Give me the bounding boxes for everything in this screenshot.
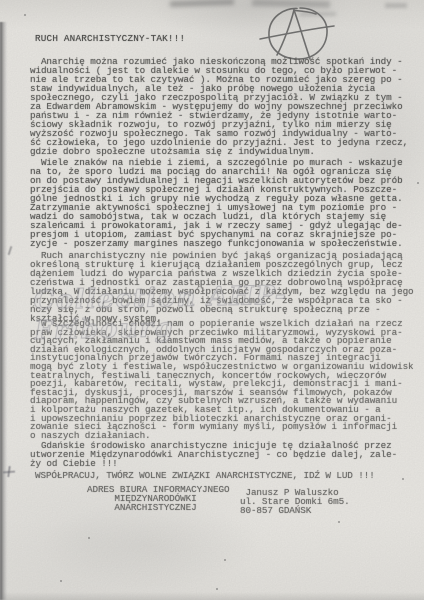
paragraph: Wiele znaków na niebie i ziemi, a szczeg… bbox=[30, 158, 418, 248]
scan-speck bbox=[224, 559, 226, 561]
paragraph: W szczególności chodzi nam o popieranie … bbox=[30, 320, 418, 440]
scan-bottom-edge-shade bbox=[0, 592, 424, 600]
scan-speck bbox=[88, 537, 90, 539]
scan-speck bbox=[24, 14, 26, 16]
anarchy-circle-a-icon bbox=[258, 4, 336, 64]
pencil-mark bbox=[8, 246, 12, 255]
address-office-block: ADRES BIURA INFORMACYJNEGO MIĘDZYNARODÓW… bbox=[87, 485, 229, 512]
scan-speck bbox=[216, 588, 218, 590]
paragraph: Ruch anarchistyczny nie powinien być jak… bbox=[30, 251, 418, 323]
page-title: RUCH ANARCHISTYCZNY-TAK!!! bbox=[35, 34, 185, 43]
scan-smudge bbox=[385, 3, 407, 8]
scanned-leaflet-page: RUCH ANARCHISTYCZNY-TAK!!! Anarchię możn… bbox=[0, 0, 424, 600]
slogan-line: WSPÓŁPRACUJ, TWÓRZ WOLNE ZWIĄZKI ANARCHI… bbox=[35, 471, 375, 480]
scan-stain bbox=[40, 500, 260, 590]
scan-smudge bbox=[170, 0, 234, 7]
scan-speck bbox=[338, 521, 340, 523]
address-contact-block: Janusz P Waluszko ul. Stare Domki 6m5. 8… bbox=[240, 488, 350, 515]
pencil-mark bbox=[7, 466, 10, 477]
paragraph: Gdańskie środowisko anarchistyczne inicj… bbox=[30, 441, 418, 468]
scan-speck bbox=[402, 478, 404, 480]
scan-speck bbox=[60, 580, 62, 582]
pencil-mark bbox=[3, 471, 15, 473]
paragraph: Anarchię można rozumieć jako nieskończon… bbox=[30, 57, 418, 156]
scan-left-edge-shadow bbox=[0, 22, 7, 600]
